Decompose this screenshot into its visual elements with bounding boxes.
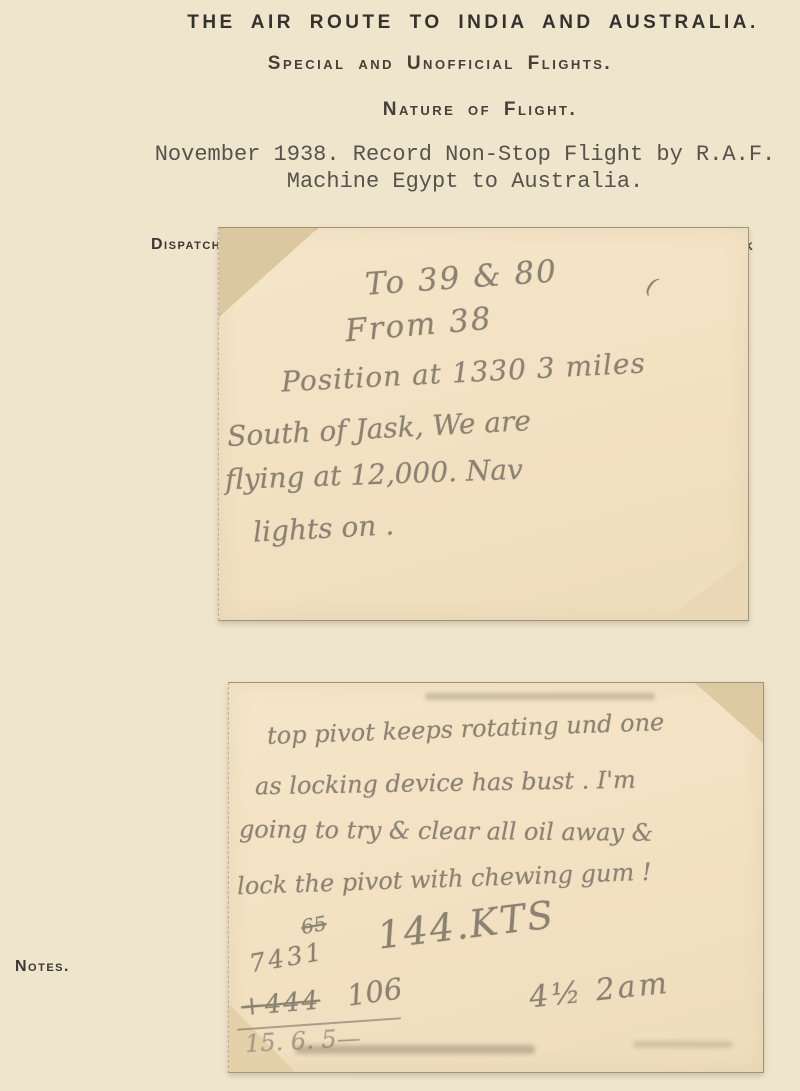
number-figure: 7431: [247, 937, 327, 979]
note-card-1: To 39 & 80 ( From 38 Position at 1330 3 …: [218, 227, 749, 621]
speed-figure: 144.KTS: [375, 892, 557, 957]
folded-corner-top-right: [695, 683, 763, 743]
pencil-smudge: [633, 1041, 733, 1048]
handwriting-line: From 38: [344, 301, 494, 350]
folded-corner-top-left: [219, 228, 318, 317]
handwriting-line: To 39 & 80: [364, 253, 559, 302]
handwriting-line: lock the pivot with chewing gum !: [237, 858, 652, 900]
page-subtitle: Special and Unofficial Flights.: [120, 53, 760, 75]
struck-out-number: +444: [240, 986, 322, 1023]
handwriting-line: Position at 1330 3 miles: [280, 346, 646, 398]
handwriting-line: South of Jask, We are: [226, 404, 531, 453]
album-page: THE AIR ROUTE TO INDIA AND AUSTRALIA. Sp…: [0, 0, 800, 1091]
note-card-2: top pivot keeps rotating und one as lock…: [228, 682, 764, 1073]
dispatch-label: Dispatch: [151, 236, 221, 254]
section-heading: Nature of Flight.: [160, 99, 800, 121]
notes-label: Notes.: [15, 958, 70, 976]
handwriting-line: lights on .: [252, 508, 395, 548]
handwriting-line: as locking device has bust . I'm: [255, 766, 636, 801]
pencil-smudge: [425, 693, 655, 700]
pencil-mark: (: [643, 273, 660, 299]
struck-out-number: 65: [299, 911, 328, 939]
typed-caption-line1: November 1938. Record Non-Stop Flight by…: [130, 142, 800, 167]
pencil-smudge: [295, 1045, 535, 1054]
typed-caption-line2: Machine Egypt to Australia.: [130, 169, 800, 194]
page-title: THE AIR ROUTE TO INDIA AND AUSTRALIA.: [150, 12, 796, 34]
folded-corner-bottom-right: [666, 556, 748, 620]
number-figure: 106: [345, 971, 405, 1012]
handwriting-line: top pivot keeps rotating und one: [267, 708, 665, 750]
handwriting-line: going to try & clear all oil away &: [239, 815, 653, 847]
handwriting-line: flying at 12,000. Nav: [225, 453, 524, 496]
scribble-figure: 4½ 2am: [528, 966, 672, 1016]
